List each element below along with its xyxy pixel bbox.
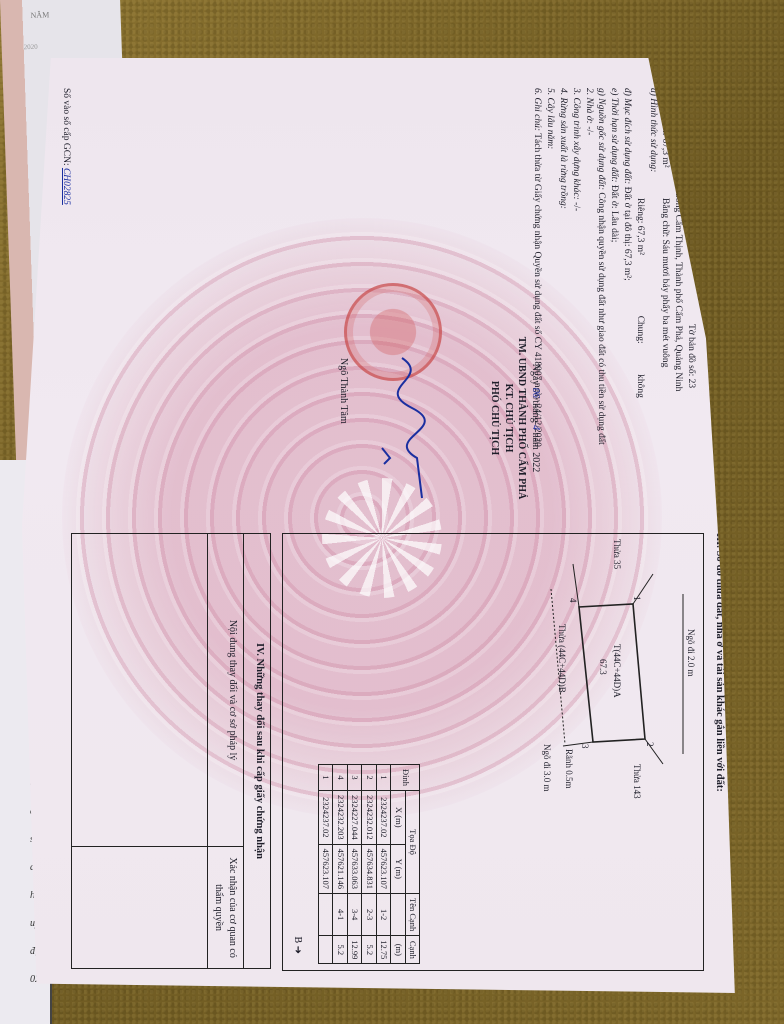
vertex-4: 4 [567, 598, 579, 603]
changes-content-header: Nội dung thay đổi và cơ sở pháp lý [208, 534, 244, 847]
registry-number: Số vào sổ cấp GCN: CH02825 [59, 88, 72, 205]
section-ii-title: II. Thửa đất, nhà ở và tài sản khác gắn … [712, 88, 726, 508]
authority-confirmation-header: Xác nhận của cơ quan có thẩm quyền [208, 847, 244, 969]
certificate-content: II. Thửa đất, nhà ở và tài sản khác gắn … [22, 58, 742, 993]
neighbor-left-label: Thửa (44C+44D)B [556, 624, 568, 693]
background-paper-year: 2020 [24, 43, 38, 51]
neighbor-top-label: Thửa 35 [611, 539, 623, 569]
coordinate-row: 42324232.203457621.1464-15.2 [333, 765, 347, 964]
house-line: 2. Nhà ở: -/- [582, 88, 595, 508]
area-value: 67,3 [660, 138, 670, 155]
coordinate-row: 12324237.02457623.1071-212.75 [376, 765, 390, 964]
origin-line: g) Nguồn gốc sử dụng đất: Công nhận quyề… [595, 88, 608, 508]
usage-form-label: d) Hình thức sử dụng: [646, 88, 659, 508]
coordinate-row: 12324237.02457623.107 [318, 765, 332, 964]
address-line: b) Địa chỉ: Tổ 2, Khu 2, Phường Cẩm Thịn… [671, 88, 684, 508]
vertex-3: 3 [579, 744, 591, 749]
parcel-line: a) Thửa đất số: (44C+44D)A Tờ bản đồ số:… [684, 88, 697, 508]
address: Tổ 2, Khu 2, Phường Cẩm Thịnh, Thành phố… [673, 132, 683, 391]
usage-form-line: Riêng: 67,3 m² Chung: không [633, 88, 646, 508]
vertex-1: 1 [631, 596, 643, 601]
section-ii: II. Thửa đất, nhà ở và tài sản khác gắn … [530, 88, 726, 508]
authority-confirmation-cell [72, 847, 208, 969]
forest-line: 4. Rừng sản xuất là rừng trồng: [556, 88, 569, 508]
perennial-line: 5. Cây lâu năm: [543, 88, 556, 508]
section-iv-title: IV. Những thay đổi sau khi cấp giấy chứn… [244, 534, 271, 969]
background-paper-label: NĂM [30, 10, 49, 20]
north-arrow-icon: B ➜ [291, 936, 305, 954]
alley-north-label: Ngõ đi 2.0 m [685, 629, 697, 677]
changes-content-cell [72, 534, 208, 847]
coordinate-row: 32324227.044457633.0633-412.99 [347, 765, 361, 964]
issuing-authority: TM. UBND THÀNH PHỐ CẨM PHẢ [515, 288, 529, 548]
parcel-area-label: 67.3 [597, 659, 609, 675]
land-heading: 1. Thửa đất: [697, 88, 710, 508]
parcel-number: (44C+44D)A [686, 149, 696, 199]
signature-block: Ngày 06 tháng 4 năm 2022 TM. UBND THÀNH … [488, 288, 542, 548]
purpose-line: đ) Mục đích sử dụng đất: Đất ở tại đô th… [620, 88, 633, 508]
private-area: 67,3 m² [635, 226, 645, 255]
other-construction-line: 3. Công trình xây dựng khác: -/- [569, 88, 582, 508]
handwritten-signature [362, 348, 442, 508]
land-term: Đất ở: Lâu dài; [609, 185, 619, 243]
on-behalf-of: KT. CHỦ TỊCH [502, 288, 516, 548]
coordinate-table: Đỉnh Tọa Độ Tên Cạnh Cạnh X (m) Y (m) (m… [318, 764, 420, 964]
shared-value: không [635, 374, 645, 398]
land-purpose: Đất ở tại đô thị: 67,3 m²; [622, 187, 632, 281]
parcel-diagram: Ngõ đi 2.0 m Thửa 35 Thửa 143 Thửa (44C+… [282, 533, 704, 971]
term-line: e) Thời hạn sử dụng đất: Đất ở: Lâu dài; [607, 88, 620, 508]
map-sheet-number: 23 [686, 379, 696, 389]
land-use-certificate-page: II. Thửa đất, nhà ở và tài sản khác gắn … [22, 58, 742, 993]
registry-number-value: CH02825 [61, 168, 71, 205]
land-origin: Công nhận quyền sử dụng đất như giao đất… [596, 192, 606, 444]
parcel-id-label: T(44C+44D)A [611, 644, 623, 698]
issue-date: Ngày 06 tháng 4 năm 2022 [529, 288, 543, 548]
vertex-2: 2 [644, 742, 656, 747]
section-iii: III. Sơ đồ thửa đất, nhà ở và tài sản kh… [46, 533, 726, 973]
signer-position: PHÓ CHỦ TỊCH [488, 288, 502, 548]
area-line: c) Diện tích: 67,3 m² Bằng chữ: Sáu mươi… [659, 88, 672, 508]
drain-label: Rãnh 0.5m [563, 749, 575, 789]
section-iii-title: III. Sơ đồ thửa đất, nhà ở và tài sản kh… [712, 533, 726, 973]
signer-name: Ngô Thành Tâm [337, 358, 351, 424]
neighbor-right-label: Thửa 143 [631, 764, 643, 799]
area-in-words: Sáu mươi bảy phẩy ba mét vuông [660, 240, 670, 368]
alley-south-label: Ngõ đi 3.0 m [541, 744, 553, 792]
section-iv: IV. Những thay đổi sau khi cấp giấy chứn… [71, 533, 271, 969]
coordinate-row: 22324232.012457634.8312-35.2 [362, 765, 376, 964]
